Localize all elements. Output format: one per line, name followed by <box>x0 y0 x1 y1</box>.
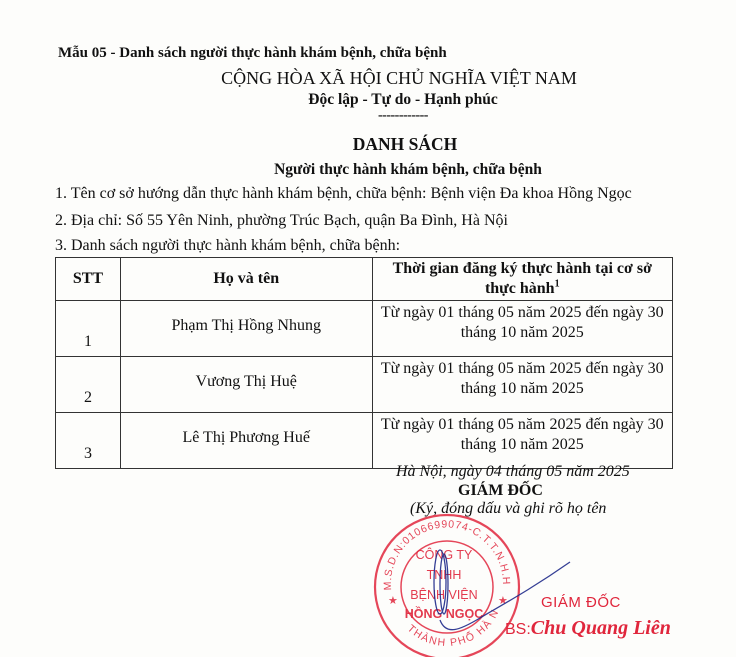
divider: ------------ <box>0 108 736 124</box>
name-cell: Vương Thị Huệ <box>120 357 372 413</box>
stt-cell: 2 <box>56 357 121 413</box>
stt-cell: 1 <box>56 301 121 357</box>
signature-date: Hà Nội, ngày 04 tháng 05 năm 2025 <box>396 463 630 481</box>
document-subtitle: Người thực hành khám bệnh, chữa bệnh <box>0 161 736 179</box>
table-row: 3Lê Thị Phương HuếTừ ngày 01 tháng 05 nă… <box>56 413 673 469</box>
table-row: 2Vương Thị HuệTừ ngày 01 tháng 05 năm 20… <box>56 357 673 413</box>
table-header-row: STT Họ và tên Thời gian đăng ký thực hàn… <box>56 258 673 301</box>
stt-cell: 3 <box>56 413 121 469</box>
form-label: Mẫu 05 - Danh sách người thực hành khám … <box>58 45 447 62</box>
document-title: DANH SÁCH <box>0 134 736 155</box>
list-intro-line: 3. Danh sách người thực hành khám bệnh, … <box>55 237 400 255</box>
stamp-signer-name-text: Chu Quang Liên <box>531 617 671 639</box>
header-period-text: Thời gian đăng ký thực hành tại cơ sở th… <box>393 260 652 297</box>
header-period: Thời gian đăng ký thực hành tại cơ sở th… <box>372 258 672 301</box>
signature-role: GIÁM ĐỐC <box>458 482 543 500</box>
svg-text:★: ★ <box>388 595 398 607</box>
stamp-signer-name: BS:Chu Quang Liên <box>505 617 671 640</box>
practitioner-table: STT Họ và tên Thời gian đăng ký thực hàn… <box>55 257 673 469</box>
period-cell: Từ ngày 01 tháng 05 năm 2025 đến ngày 30… <box>372 301 672 357</box>
header-name: Họ và tên <box>120 258 372 301</box>
period-cell: Từ ngày 01 tháng 05 năm 2025 đến ngày 30… <box>372 413 672 469</box>
footnote-marker: 1 <box>555 279 560 290</box>
stamp-signer-role: GIÁM ĐỐC <box>541 594 621 611</box>
facility-name-line: 1. Tên cơ sở hướng dẫn thực hành khám bệ… <box>55 185 632 203</box>
name-cell: Phạm Thị Hồng Nhung <box>120 301 372 357</box>
national-motto: Độc lập - Tự do - Hạnh phúc <box>0 91 736 109</box>
name-cell: Lê Thị Phương Huế <box>120 413 372 469</box>
stamp-signer-prefix: BS: <box>505 621 531 638</box>
table-row: 1Phạm Thị Hồng NhungTừ ngày 01 tháng 05 … <box>56 301 673 357</box>
national-title: CỘNG HÒA XÃ HỘI CHỦ NGHĨA VIỆT NAM <box>0 68 736 89</box>
facility-address-line: 2. Địa chỉ: Số 55 Yên Ninh, phường Trúc … <box>55 212 508 230</box>
period-cell: Từ ngày 01 tháng 05 năm 2025 đến ngày 30… <box>372 357 672 413</box>
header-stt: STT <box>56 258 121 301</box>
